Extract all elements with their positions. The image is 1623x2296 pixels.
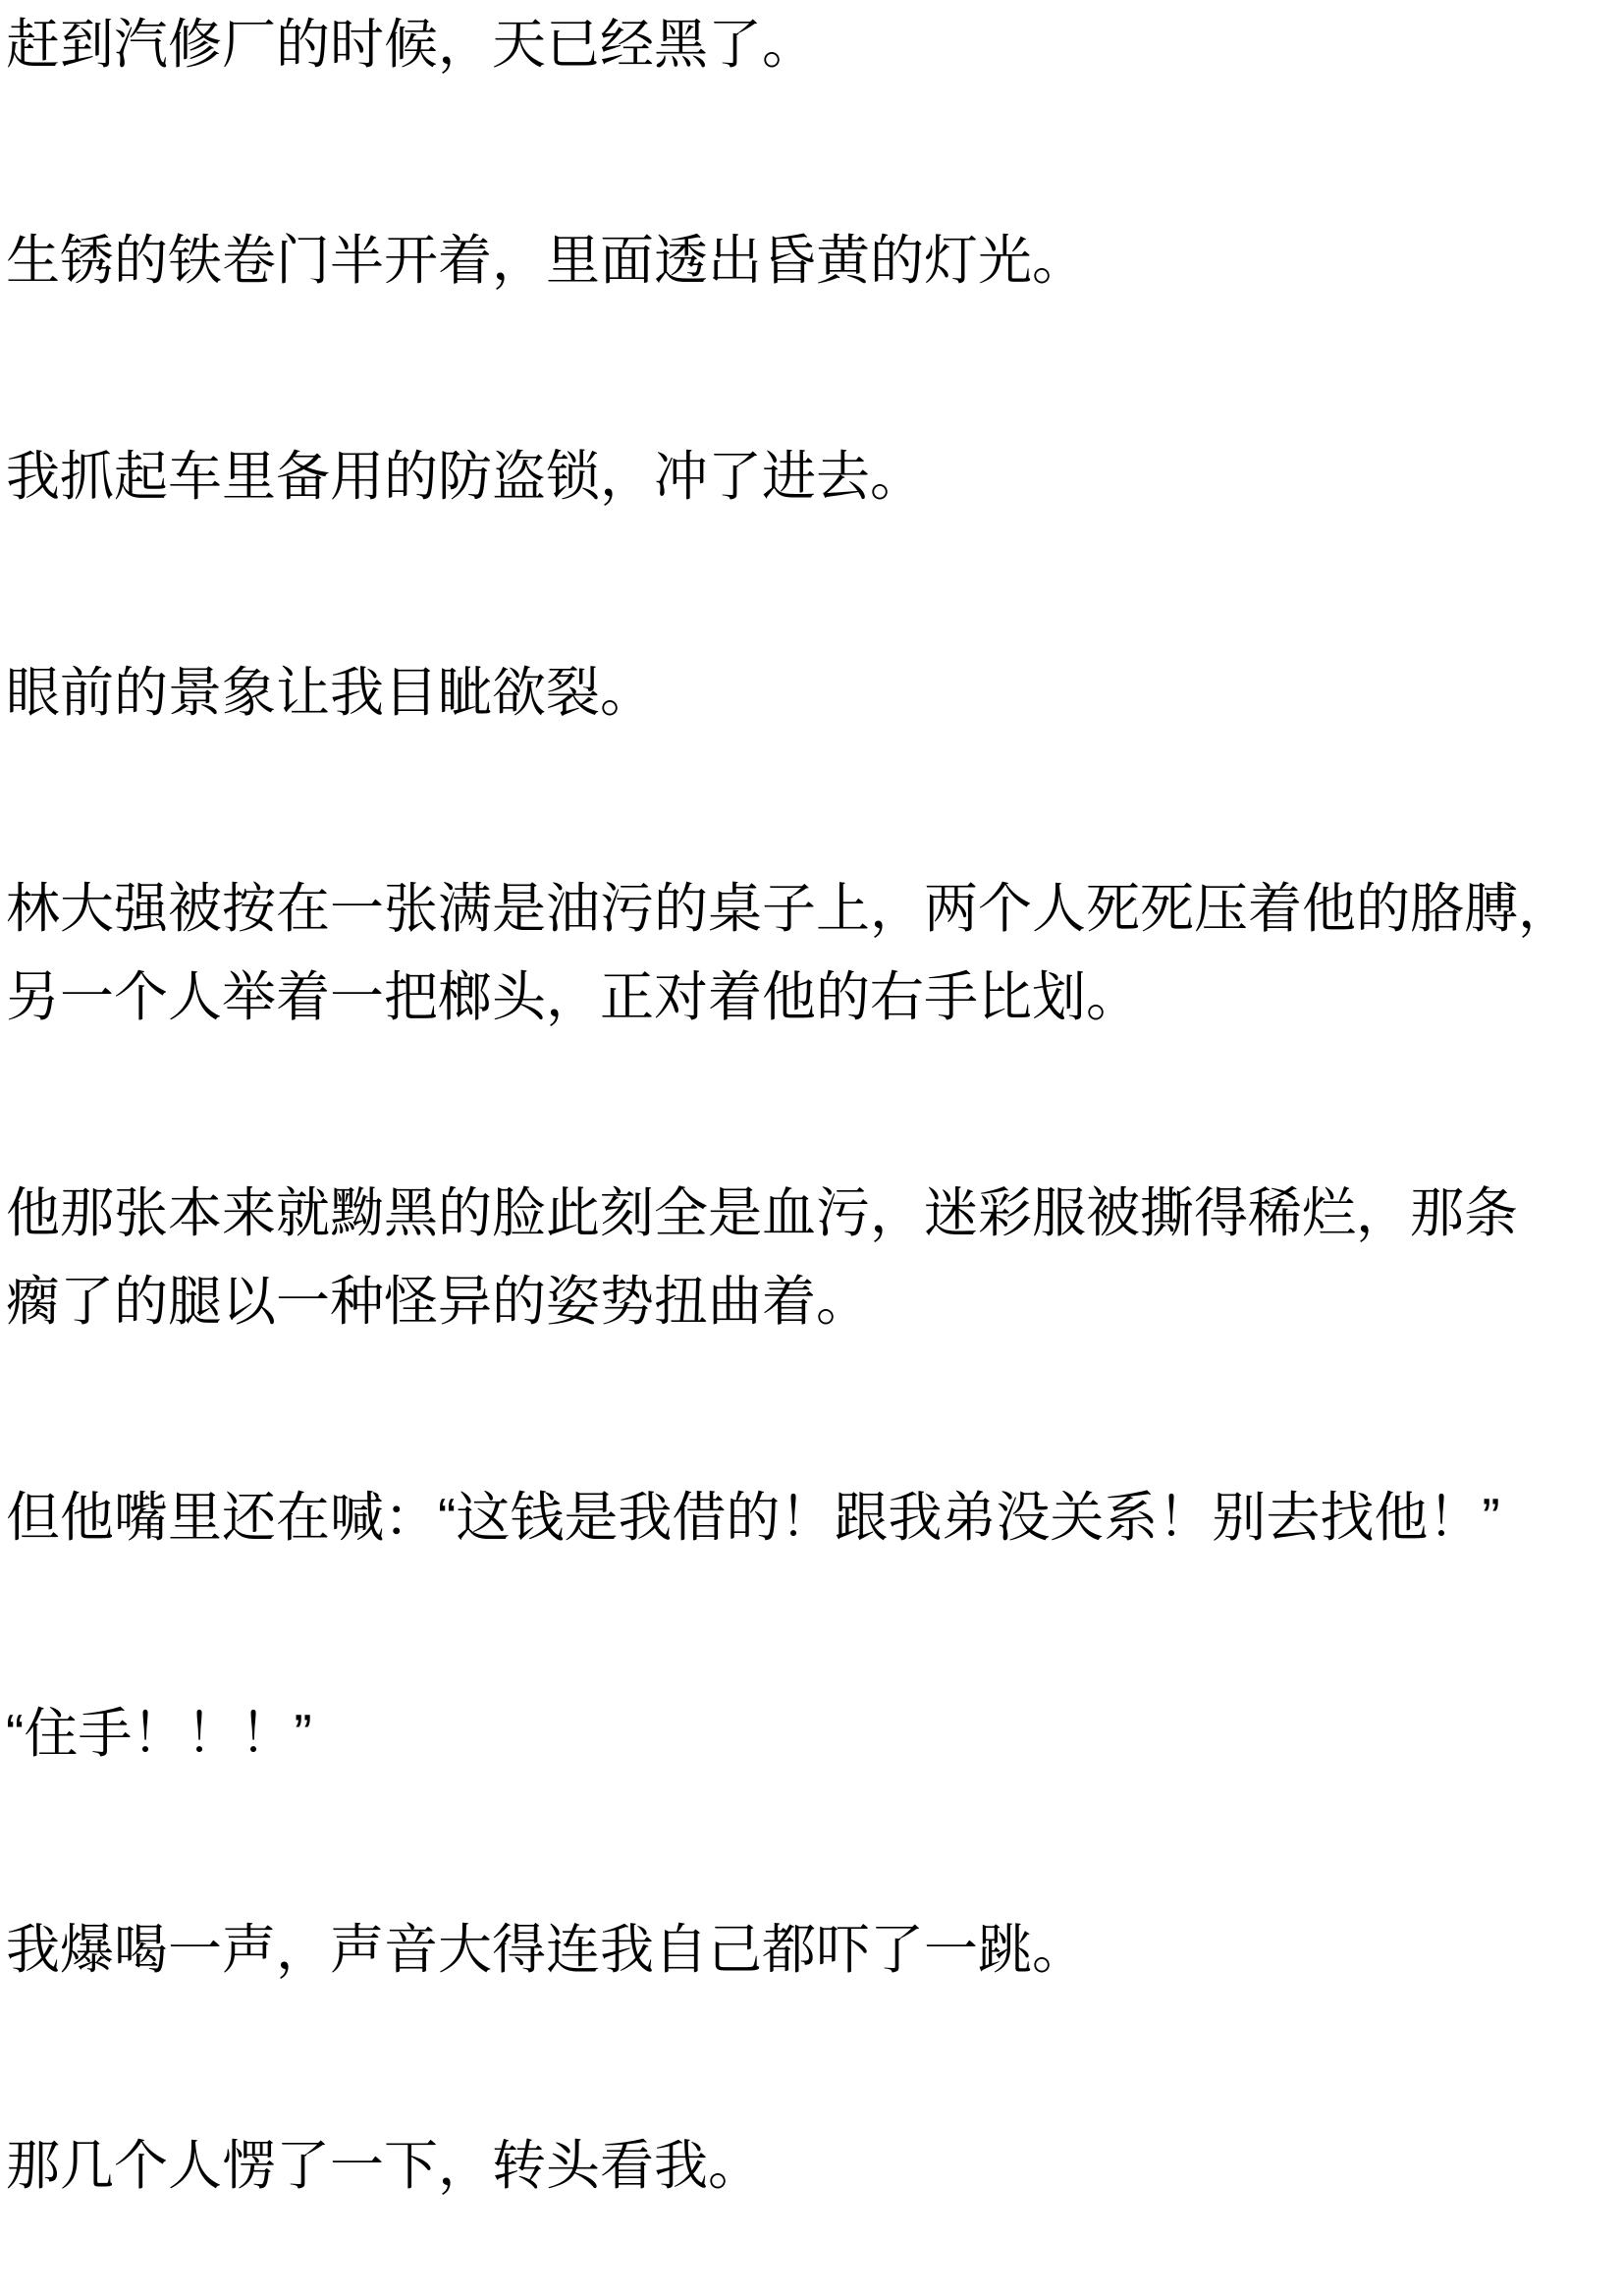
paragraph-2-line-1: 生锈的铁卷门半开着，里面透出昏黄的灯光。 bbox=[6, 216, 1615, 304]
paragraph-5: 林大强被按在一张满是油污的桌子上，两个人死死压着他的胳膊，另一个人举着一把榔头，… bbox=[6, 864, 1615, 1041]
paragraph-6-line-1: 他那张本来就黝黑的脸此刻全是血污，迷彩服被撕得稀烂，那条 bbox=[6, 1169, 1615, 1257]
paragraph-7-line-1: 但他嘴里还在喊：“这钱是我借的！跟我弟没关系！别去找他！” bbox=[6, 1473, 1615, 1561]
paragraph-2: 生锈的铁卷门半开着，里面透出昏黄的灯光。 bbox=[6, 216, 1615, 304]
paragraph-4: 眼前的景象让我目眦欲裂。 bbox=[6, 648, 1615, 737]
document-body: 赶到汽修厂的时候，天已经黑了。生锈的铁卷门半开着，里面透出昏黄的灯光。我抓起车里… bbox=[6, 0, 1615, 2210]
paragraph-3: 我抓起车里备用的防盗锁，冲了进去。 bbox=[6, 432, 1615, 520]
paragraph-1-line-1: 赶到汽修厂的时候，天已经黑了。 bbox=[6, 0, 1615, 88]
paragraph-4-line-1: 眼前的景象让我目眦欲裂。 bbox=[6, 648, 1615, 737]
paragraph-8: “住手！！！” bbox=[6, 1689, 1615, 1777]
paragraph-3-line-1: 我抓起车里备用的防盗锁，冲了进去。 bbox=[6, 432, 1615, 520]
paragraph-5-line-2: 另一个人举着一把榔头，正对着他的右手比划。 bbox=[6, 953, 1615, 1041]
paragraph-9-line-1: 我爆喝一声，声音大得连我自己都吓了一跳。 bbox=[6, 1905, 1615, 1994]
paragraph-6-line-2: 瘸了的腿以一种怪异的姿势扭曲着。 bbox=[6, 1257, 1615, 1345]
paragraph-10-line-1: 那几个人愣了一下，转头看我。 bbox=[6, 2121, 1615, 2210]
paragraph-6: 他那张本来就黝黑的脸此刻全是血污，迷彩服被撕得稀烂，那条瘸了的腿以一种怪异的姿势… bbox=[6, 1169, 1615, 1345]
paragraph-9: 我爆喝一声，声音大得连我自己都吓了一跳。 bbox=[6, 1905, 1615, 1994]
paragraph-8-line-1: “住手！！！” bbox=[6, 1689, 1615, 1777]
paragraph-1: 赶到汽修厂的时候，天已经黑了。 bbox=[6, 0, 1615, 88]
paragraph-5-line-1: 林大强被按在一张满是油污的桌子上，两个人死死压着他的胳膊， bbox=[6, 864, 1615, 953]
paragraph-10: 那几个人愣了一下，转头看我。 bbox=[6, 2121, 1615, 2210]
paragraph-7: 但他嘴里还在喊：“这钱是我借的！跟我弟没关系！别去找他！” bbox=[6, 1473, 1615, 1561]
